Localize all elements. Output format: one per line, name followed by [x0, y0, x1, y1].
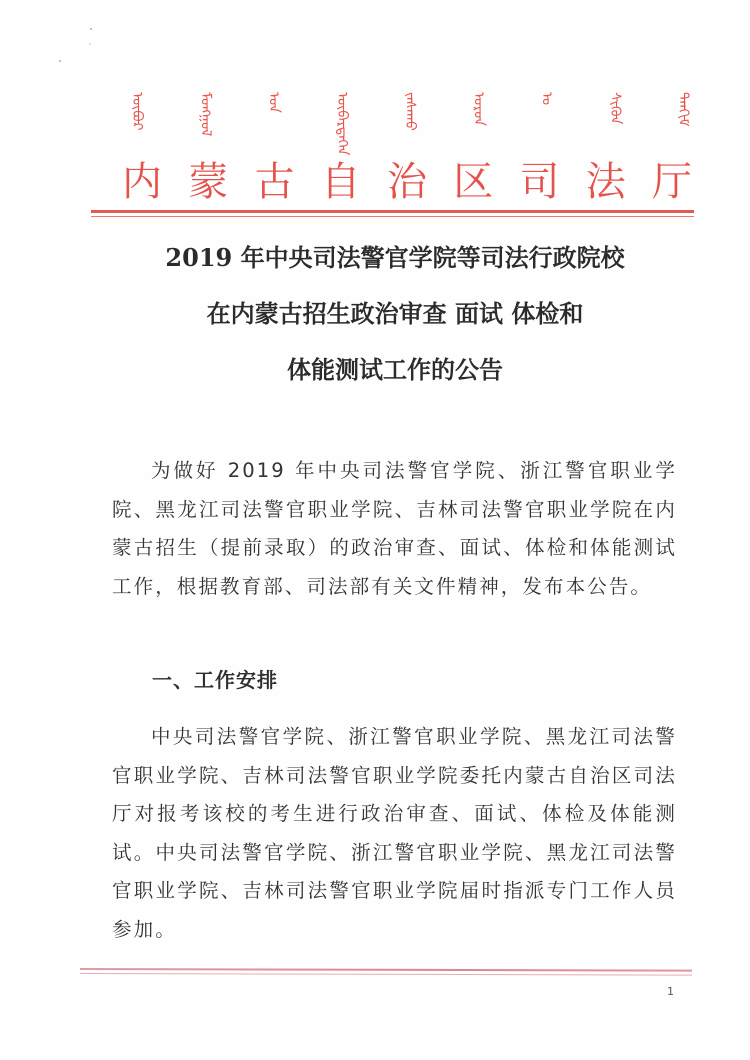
document-title: 2019 年中央司法警官学院等司法行政院校 在内蒙古招生政治审查 面试 体检和 …	[90, 238, 700, 406]
org-name-char: 自	[321, 158, 361, 206]
org-name-char: 内	[122, 158, 162, 206]
scan-speck	[90, 28, 92, 30]
mongolian-word: ᠤᠨ	[267, 92, 281, 152]
org-name-char: 蒙	[188, 158, 228, 206]
intro-section: 为做好 2019 年中央司法警官学院、浙江警官职业学院、黑龙江司法警官职业学院、…	[112, 452, 677, 606]
org-name-char: 区	[453, 158, 493, 206]
title-line: 体能测试工作的公告	[90, 350, 700, 406]
org-name-char: 古	[255, 158, 295, 206]
letterhead-mongolian: ᠥᠪᠦᠷ ᠮᠣᠩᠭᠣᠯ ᠤᠨ ᠥᠪᠡᠷᠲᠡᠭᠡᠨ ᠵᠠᠰᠠᠬᠤ ᠣᠷᠤᠨ ᠤ ᠱ…	[130, 92, 690, 152]
org-name-char: 法	[586, 158, 626, 206]
org-name-char: 司	[520, 158, 560, 206]
mongolian-word: ᠲᠡᠨᠬᠢᠮ	[676, 92, 690, 152]
mongolian-word: ᠥᠪᠡᠷᠲᠡᠭᠡᠨ	[335, 92, 349, 152]
scan-speck	[89, 43, 91, 45]
intro-paragraph: 为做好 2019 年中央司法警官学院、浙江警官职业学院、黑龙江司法警官职业学院、…	[112, 452, 677, 606]
mongolian-word: ᠵᠠᠰᠠᠬᠤ	[403, 92, 417, 152]
letterhead-rule-thin	[91, 216, 694, 217]
section-paragraph: 中央司法警官学院、浙江警官职业学院、黑龙江司法警官职业学院、吉林司法警官职业学院…	[112, 718, 677, 949]
mongolian-word: ᠤ	[540, 92, 554, 152]
mongolian-word: ᠣᠷᠤᠨ	[471, 92, 485, 152]
letterhead-rule-thick	[91, 210, 694, 213]
scan-speck	[59, 60, 61, 62]
footer-rule-thin	[80, 973, 692, 976]
mongolian-word: ᠥᠪᠦᠷ	[130, 92, 144, 152]
page-number: 1	[667, 985, 674, 998]
org-name-char: 厅	[652, 158, 692, 206]
title-line: 2019 年中央司法警官学院等司法行政院校	[90, 238, 700, 294]
section-heading: 一、工作安排	[152, 664, 278, 693]
mongolian-word: ᠱᠢᠭᠦᠨ	[608, 92, 622, 152]
title-line: 在内蒙古招生政治审查 面试 体检和	[90, 294, 700, 350]
section-1-body: 中央司法警官学院、浙江警官职业学院、黑龙江司法警官职业学院、吉林司法警官职业学院…	[112, 718, 677, 949]
mongolian-word: ᠮᠣᠩᠭᠣᠯ	[198, 92, 212, 152]
letterhead-org-name: 内 蒙 古 自 治 区 司 法 厅	[122, 158, 692, 206]
footer-rule-thick	[80, 968, 692, 972]
org-name-char: 治	[387, 158, 427, 206]
document-page: ᠥᠪᠦᠷ ᠮᠣᠩᠭᠣᠯ ᠤᠨ ᠥᠪᠡᠷᠲᠡᠭᠡᠨ ᠵᠠᠰᠠᠬᠤ ᠣᠷᠤᠨ ᠤ ᠱ…	[0, 0, 750, 1060]
